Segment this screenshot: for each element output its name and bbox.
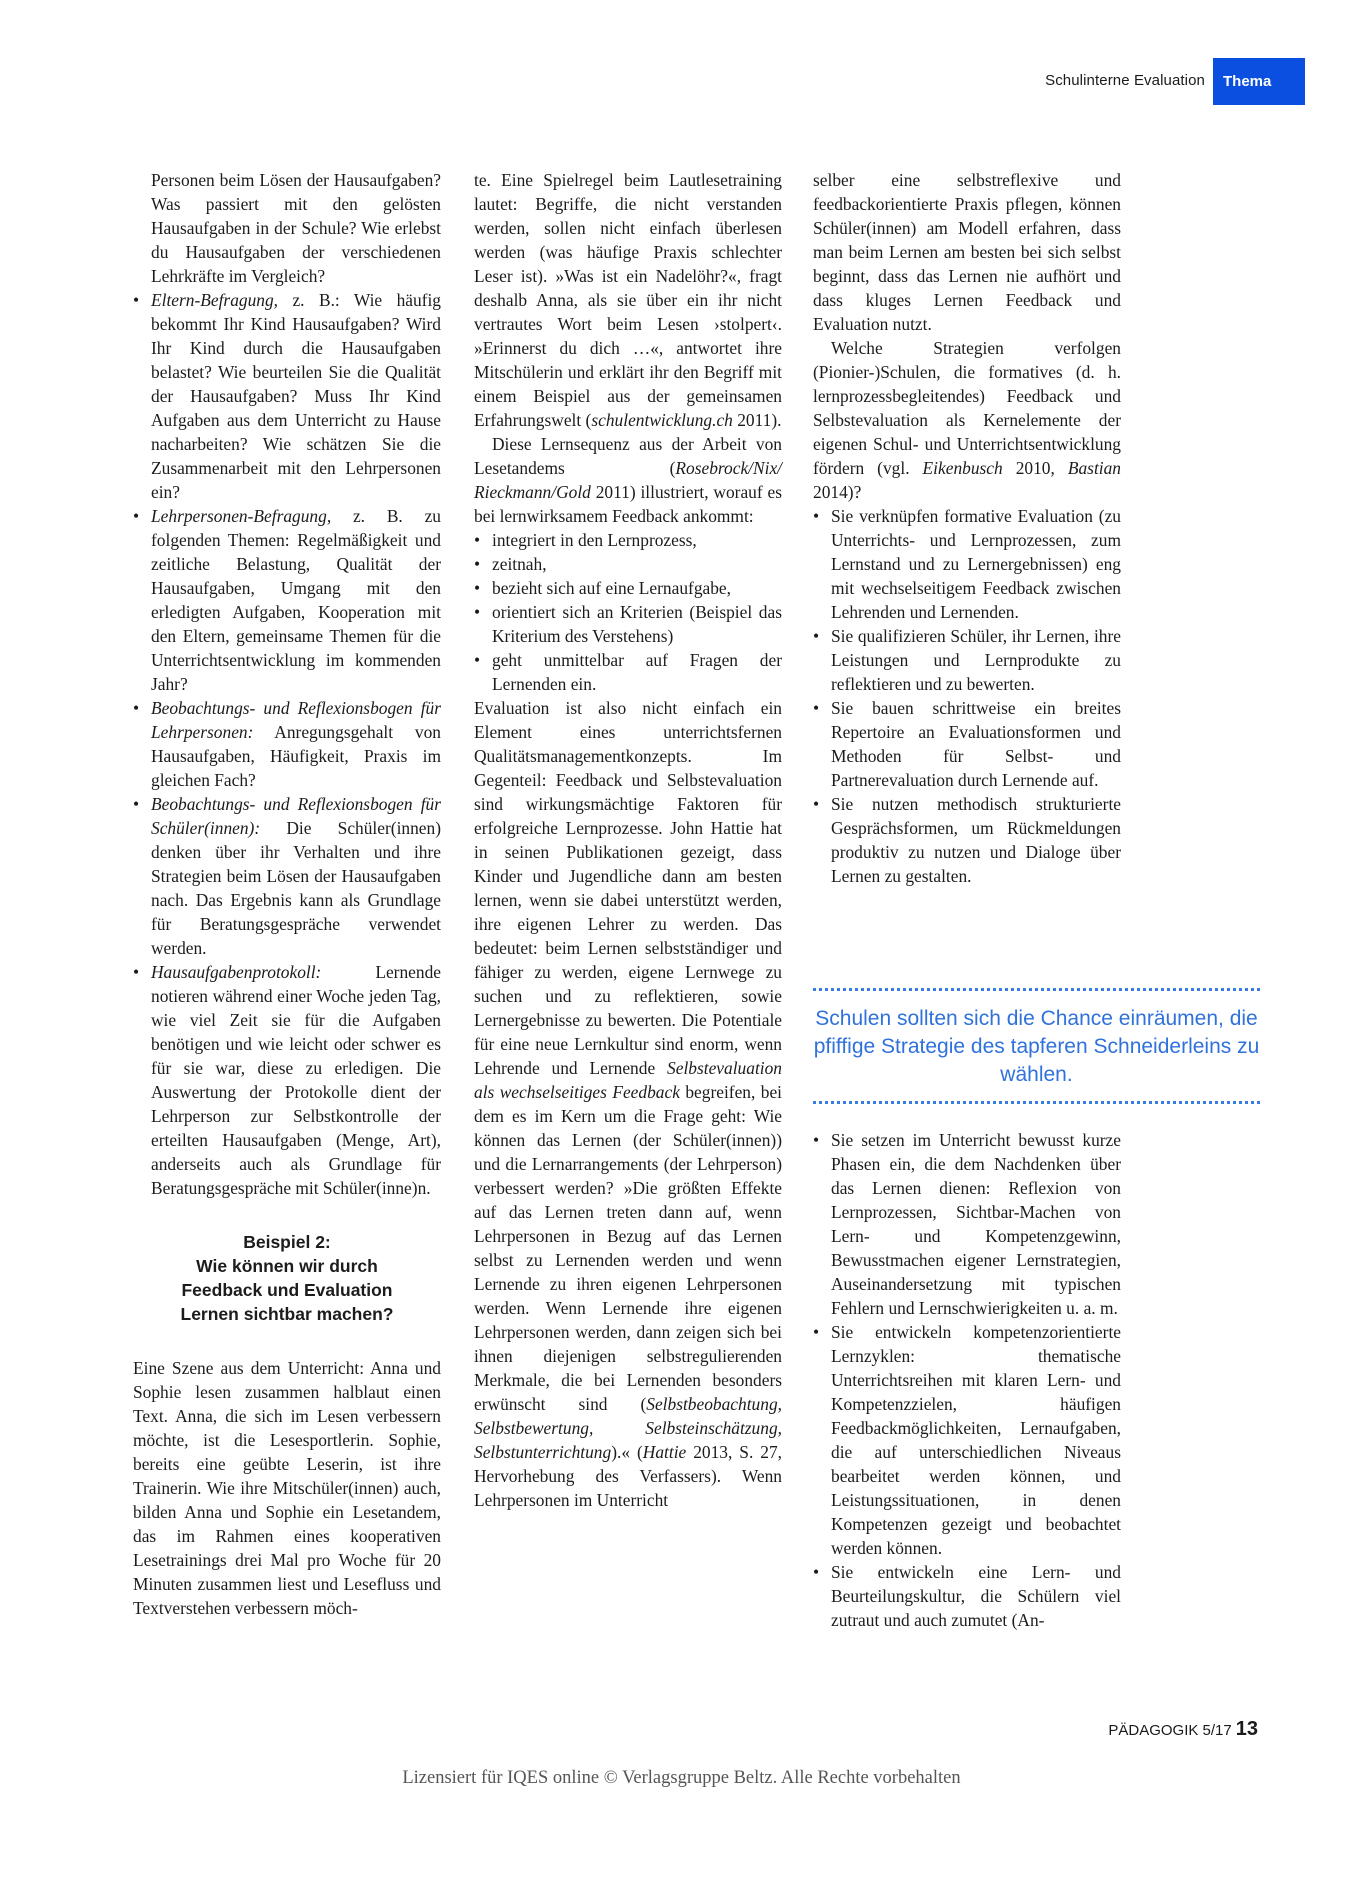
list-item: geht unmittelbar auf Fragen der Lernende…	[474, 648, 782, 696]
list-item: Sie bauen schrittweise ein breites Reper…	[813, 696, 1121, 792]
list-item: Sie qualifizieren Schüler, ihr Lernen, i…	[813, 624, 1121, 696]
intro-paragraph: Eine Szene aus dem Unterricht: Anna und …	[133, 1356, 441, 1620]
paragraph: te. Eine Spielregel beim Lautlesetrainin…	[474, 168, 782, 432]
column-2: te. Eine Spielregel beim Lautlesetrainin…	[474, 168, 782, 1512]
list-item: Eltern-Befragung, z. B.: Wie häufig beko…	[133, 288, 441, 504]
column-3: selber eine selbstreflexive und feedback…	[813, 168, 1121, 888]
pull-quote-text: Schulen sollten sich die Chance einräume…	[813, 991, 1260, 1101]
paragraph: selber eine selbstreflexive und feedback…	[813, 168, 1121, 336]
list-item: Sie setzen im Unterricht bewusst kurze P…	[813, 1128, 1121, 1320]
list-item: orientiert sich an Kriterien (Beispiel d…	[474, 600, 782, 648]
column-1: Personen beim Lösen der Hausaufgaben? Wa…	[133, 168, 441, 1620]
strategies-list-continued: Sie setzen im Unterricht bewusst kurze P…	[813, 1128, 1121, 1632]
list-item: Hausaufgabenprotokoll: Lernende notieren…	[133, 960, 441, 1200]
strategies-list: Sie verknüpfen formative Evaluation (zu …	[813, 504, 1121, 888]
paragraph: Evaluation ist also nicht einfach ein El…	[474, 696, 782, 1512]
section-title: Schulinterne Evaluation	[1045, 72, 1205, 89]
section-heading: Beispiel 2: Wie können wir durch Feedbac…	[133, 1230, 441, 1326]
list-item: Sie entwickeln kompetenzorientierte Lern…	[813, 1320, 1121, 1560]
paragraph: Welche Strategien verfolgen (Pionier-)Sc…	[813, 336, 1121, 504]
list-item: Sie nutzen methodisch strukturierte Gesp…	[813, 792, 1121, 888]
list-item: integriert in den Lernprozess,	[474, 528, 782, 552]
pull-quote: Schulen sollten sich die Chance einräume…	[813, 988, 1260, 1104]
page-number: 13	[1236, 1718, 1258, 1740]
thema-badge: Thema	[1213, 58, 1305, 105]
survey-list: Eltern-Befragung, z. B.: Wie häufig beko…	[133, 288, 441, 1200]
list-item: Beobachtungs- und Reflexionsbogen für Sc…	[133, 792, 441, 960]
page-footer: PÄDAGOGIK 5/1713	[1108, 1718, 1258, 1741]
feedback-criteria-list: integriert in den Lernprozess, zeitnah, …	[474, 528, 782, 696]
list-item: bezieht sich auf eine Lernaufgabe,	[474, 576, 782, 600]
column-3-continued: Sie setzen im Unterricht bewusst kurze P…	[813, 1128, 1121, 1632]
journal-issue: PÄDAGOGIK 5/17	[1108, 1722, 1231, 1739]
list-item: Lehrpersonen-Befragung, z. B. zu folgend…	[133, 504, 441, 696]
continued-text: Personen beim Lösen der Hausaufgaben? Wa…	[133, 168, 441, 288]
license-notice: Lizensiert für IQES online © Verlagsgrup…	[0, 1768, 1363, 1789]
list-item: Sie verknüpfen formative Evaluation (zu …	[813, 504, 1121, 624]
page-header: Schulinterne Evaluation Thema	[0, 58, 1363, 105]
list-item: zeitnah,	[474, 552, 782, 576]
list-item: Beobachtungs- und Reflexionsbogen für Le…	[133, 696, 441, 792]
paragraph: Diese Lernsequenz aus der Arbeit von Les…	[474, 432, 782, 528]
list-item: Sie entwickeln eine Lern- und Beurteilun…	[813, 1560, 1121, 1632]
dotted-divider-bottom	[813, 1101, 1260, 1104]
